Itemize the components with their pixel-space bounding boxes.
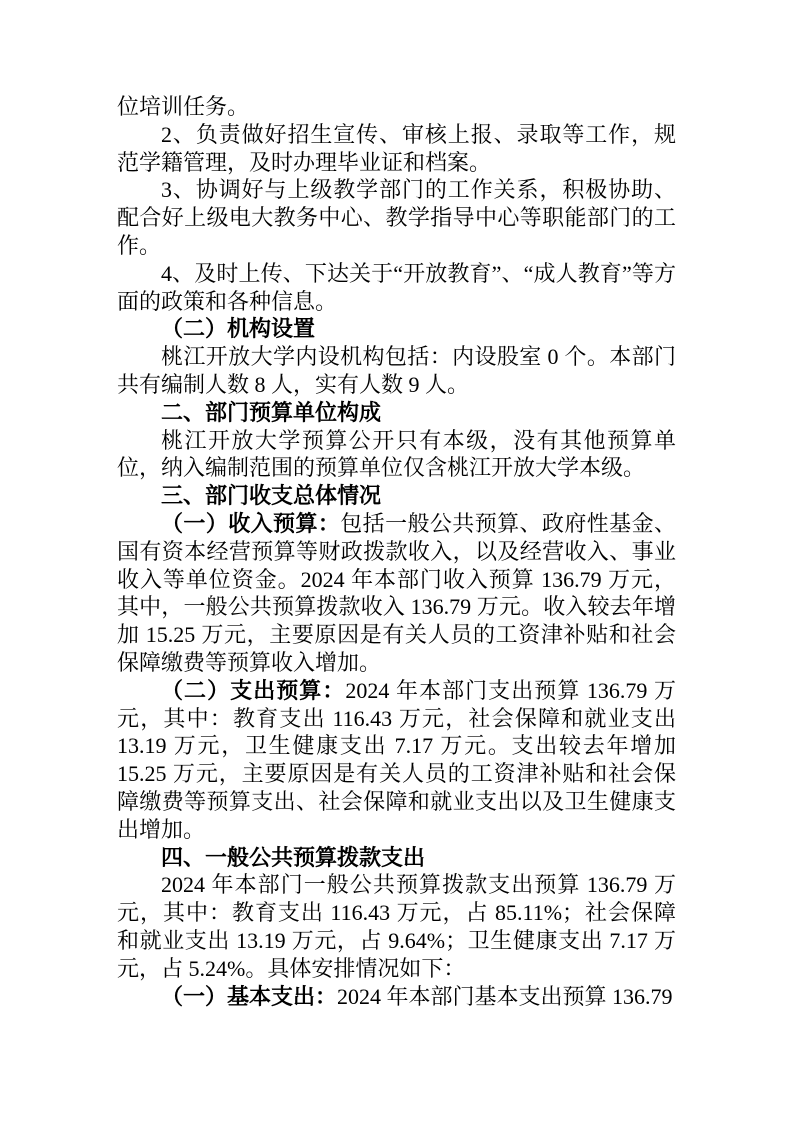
paragraph-lead: （一）收入预算： xyxy=(161,511,340,536)
heading-public-budget-expenditure: 四、一般公共预算拨款支出 xyxy=(117,844,676,872)
paragraph-text: 2024 年本部门一般公共预算拨款支出预算 136.79 万元，其中：教育支出 … xyxy=(117,872,676,980)
paragraph-duty-2: 2、负责做好招生宣传、审核上报、录取等工作，规范学籍管理，及时办理毕业证和档案。 xyxy=(117,121,676,177)
paragraph-duty-3: 3、协调好与上级教学部门的工作关系，积极协助、配合好上级电大教务中心、教学指导中… xyxy=(117,176,676,259)
heading-budget-unit-composition: 二、部门预算单位构成 xyxy=(117,399,676,427)
heading-organization-setup: （二）机构设置 xyxy=(117,315,676,343)
paragraph-basic-expenditure: （一）基本支出：2024 年本部门基本支出预算 136.79 xyxy=(117,983,676,1011)
heading-text: （二）机构设置 xyxy=(161,316,315,341)
heading-text: 四、一般公共预算拨款支出 xyxy=(161,845,425,870)
paragraph-organization-detail: 桃江开放大学内设机构包括：内设股室 0 个。本部门共有编制人数 8 人，实有人数… xyxy=(117,343,676,399)
paragraph-text: 2、负责做好招生宣传、审核上报、录取等工作，规范学籍管理，及时办理毕业证和档案。 xyxy=(117,122,676,175)
paragraph-text: 4、及时上传、下达关于“开放教育”、“成人教育”等方面的政策和各种信息。 xyxy=(117,261,676,314)
paragraph-duty-4: 4、及时上传、下达关于“开放教育”、“成人教育”等方面的政策和各种信息。 xyxy=(117,260,676,316)
document-page: 位培训任务。 2、负责做好招生宣传、审核上报、录取等工作，规范学籍管理，及时办理… xyxy=(0,0,793,1122)
heading-text: 二、部门预算单位构成 xyxy=(161,400,381,425)
paragraph-text: 3、协调好与上级教学部门的工作关系，积极协助、配合好上级电大教务中心、教学指导中… xyxy=(117,177,676,258)
paragraph-continuation: 位培训任务。 xyxy=(117,93,676,121)
paragraph-lead: （二）支出预算： xyxy=(161,678,345,703)
heading-revenue-expenditure-overview: 三、部门收支总体情况 xyxy=(117,482,676,510)
paragraph-text: 桃江开放大学预算公开只有本级，没有其他预算单位，纳入编制范围的预算单位仅含桃江开… xyxy=(117,428,676,481)
paragraph-text: 位培训任务。 xyxy=(117,94,249,119)
paragraph-public-budget-detail: 2024 年本部门一般公共预算拨款支出预算 136.79 万元，其中：教育支出 … xyxy=(117,871,676,982)
paragraph-budget-unit-detail: 桃江开放大学预算公开只有本级，没有其他预算单位，纳入编制范围的预算单位仅含桃江开… xyxy=(117,427,676,483)
paragraph-income-budget: （一）收入预算：包括一般公共预算、政府性基金、国有资本经营预算等财政拨款收入，以… xyxy=(117,510,676,677)
paragraph-expenditure-budget: （二）支出预算：2024 年本部门支出预算 136.79 万元，其中：教育支出 … xyxy=(117,677,676,844)
paragraph-lead: （一）基本支出： xyxy=(161,984,337,1009)
paragraph-text: 桃江开放大学内设机构包括：内设股室 0 个。本部门共有编制人数 8 人，实有人数… xyxy=(117,344,676,397)
heading-text: 三、部门收支总体情况 xyxy=(161,483,381,508)
paragraph-text: 2024 年本部门基本支出预算 136.79 xyxy=(337,984,673,1009)
